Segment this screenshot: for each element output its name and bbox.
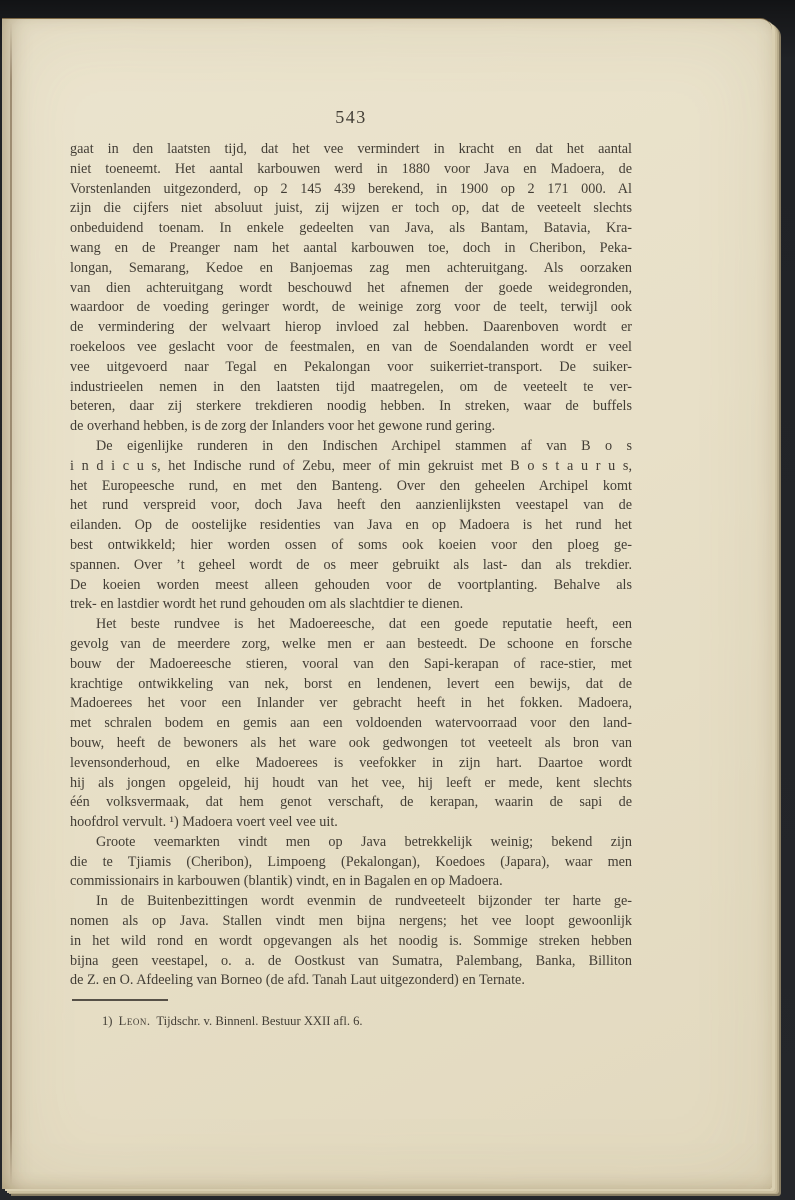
text-line: industrieelen nemen in den laatsten tijd… [70, 378, 632, 398]
text-line: de vermindering der welvaart hierop invl… [70, 318, 632, 338]
text-line: roekeloos vee geslacht voor de feestmale… [70, 338, 632, 358]
text-line: bouw, heeft de bewoners als het ware ook… [70, 734, 632, 754]
text-line: De eigenlijke runderen in den Indischen … [70, 437, 632, 457]
text-line: eilanden. Op de oostelijke residenties v… [70, 516, 632, 536]
book-page: 543 gaat in den laatsten tijd, dat het v… [2, 18, 772, 1189]
text-line: met schralen bodem en gemis aan een vold… [70, 714, 632, 734]
text-line: het Europeesche rund, en met den Banteng… [70, 477, 632, 497]
text-line: gevolg van de meerdere zorg, welke men e… [70, 635, 632, 655]
text-line: bijna geen veestapel, o. a. de Oostkust … [70, 952, 632, 972]
text-line: hij als jongen opgeleid, hij houdt van h… [70, 774, 632, 794]
text-line: waardoor de voeding geringer wordt, de w… [70, 298, 632, 318]
text-line: Vorstenlanden uitgezonderd, op 2 145 439… [70, 180, 632, 200]
text-line: commissionairs in karbouwen (blantik) vi… [70, 872, 632, 892]
text-line: longan, Semarang, Kedoe en Banjoemas zag… [70, 259, 632, 279]
text-line: De koeien worden meest alleen gehouden v… [70, 576, 632, 596]
text-line: Het beste rundvee is het Madoereesche, d… [70, 615, 632, 635]
binding-gutter-shadow [10, 23, 12, 1185]
text-line: van dien achteruitgang wordt beschouwd h… [70, 279, 632, 299]
text-line: Groote veemarkten vindt men op Java betr… [70, 833, 632, 853]
text-line: onbeduidend toenam. In enkele gedeelten … [70, 219, 632, 239]
footnote-separator [72, 999, 168, 1001]
text-line: trek- en lastdier wordt het rund gehoude… [70, 595, 632, 615]
scan-background: 543 gaat in den laatsten tijd, dat het v… [0, 0, 795, 1200]
text-line: de Z. en O. Afdeeling van Borneo (de afd… [70, 971, 632, 991]
text-line: i n d i c u s, het Indische rund of Zebu… [70, 457, 632, 477]
text-line: Madoerees het voor een Inlander ver gebr… [70, 694, 632, 714]
text-line: die te Tjiamis (Cheribon), Limpoeng (Pek… [70, 853, 632, 873]
text-line: best ontwikkeld; hier worden ossen of so… [70, 536, 632, 556]
text-line: wang en de Preanger nam het aantal karbo… [70, 239, 632, 259]
text-line: krachtige ontwikkeling van nek, borst en… [70, 675, 632, 695]
body-text: gaat in den laatsten tijd, dat het vee v… [70, 140, 632, 991]
text-line: beteren, daar zij sterkere trekdieren no… [70, 397, 632, 417]
text-line: spannen. Over ’t geheel wordt de os meer… [70, 556, 632, 576]
text-line: nomen als op Java. Stallen vindt men bij… [70, 912, 632, 932]
page-number: 543 [70, 107, 632, 128]
text-line: levensonderhoud, en elke Madoerees is ve… [70, 754, 632, 774]
text-line: niet toeneemt. Het aantal karbouwen werd… [70, 160, 632, 180]
footnote-text: Tijdschr. v. Binnenl. Bestuur XXII afl. … [156, 1014, 362, 1028]
text-line: bouw der Madoereesche stieren, vooral va… [70, 655, 632, 675]
text-line: de overhand hebben, is de zorg der Inlan… [70, 417, 632, 437]
text-line: hoofdrol vervult. ¹) Madoera voert veel … [70, 813, 632, 833]
text-line: één volksvermaak, dat hem genot verschaf… [70, 793, 632, 813]
footnote-marker: 1) [102, 1014, 113, 1028]
footnote: 1) Leon. Tijdschr. v. Binnenl. Bestuur X… [102, 1013, 622, 1029]
text-line: vee uitgevoerd naar Tegal en Pekalongan … [70, 358, 632, 378]
footnote-author: Leon. [119, 1014, 151, 1028]
text-line: het rund verspreid voor, doch Java heeft… [70, 496, 632, 516]
text-line: In de Buitenbezittingen wordt evenmin de… [70, 892, 632, 912]
text-line: zijn die cijfers niet absoluut juist, zi… [70, 199, 632, 219]
page-content: 543 gaat in den laatsten tijd, dat het v… [70, 19, 632, 1189]
text-line: gaat in den laatsten tijd, dat het vee v… [70, 140, 632, 160]
text-line: in het wild rond en wordt opgevangen als… [70, 932, 632, 952]
